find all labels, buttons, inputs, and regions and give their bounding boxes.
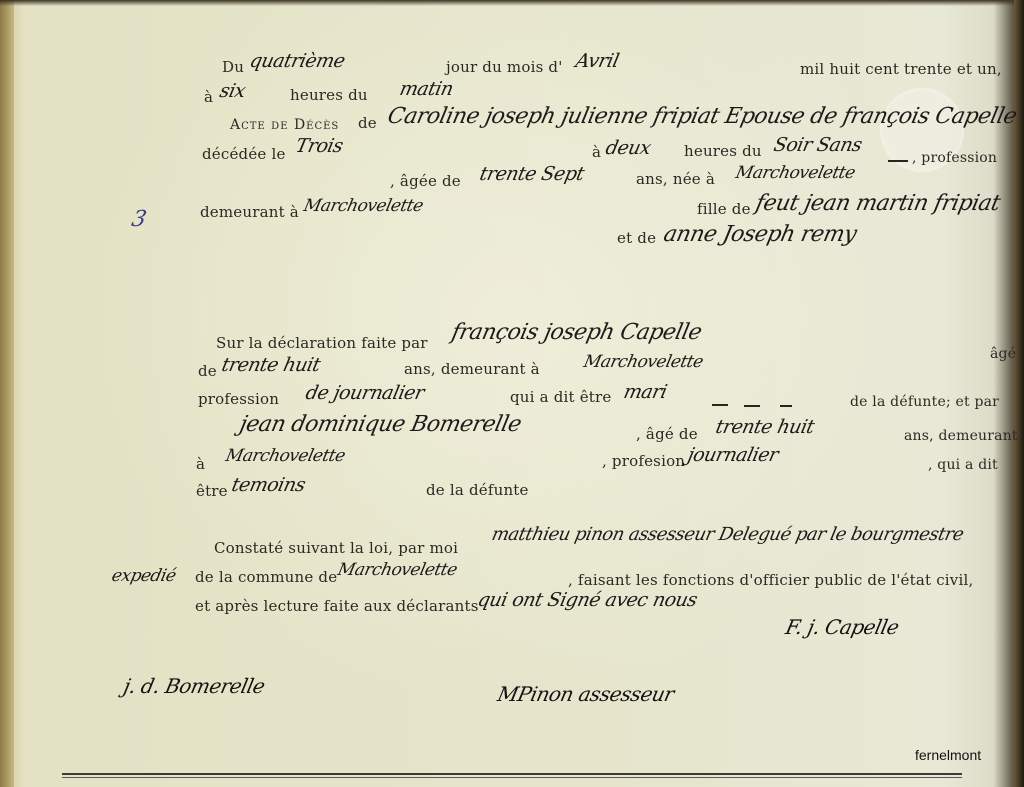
- section-divider-rule: [62, 773, 962, 775]
- printed-decedee: décédée le: [202, 145, 286, 163]
- printed-demeurant: demeurant à: [200, 203, 299, 221]
- printed-fille: fille de: [697, 200, 751, 218]
- printed-faisant-fonctions: , faisant les fonctions d'officier publi…: [568, 571, 973, 589]
- printed-etre: être: [196, 482, 228, 500]
- signature-officer: MPinon assesseur: [495, 682, 676, 706]
- printed-de-la-defunte-2: de la défunte: [426, 481, 529, 499]
- printed-de-la-commune: de la commune de: [195, 568, 337, 586]
- printed-constate: Constaté suivant la loi, par moi: [214, 539, 458, 557]
- handwritten-father: feut jean martin fripiat: [753, 191, 1002, 216]
- handwritten-signed-with-us: qui ont Signé avec nous: [476, 589, 699, 611]
- handwritten-age: trente Sept: [478, 163, 586, 185]
- handwritten-declarant: françois joseph Capelle: [449, 320, 703, 345]
- handwritten-officer: matthieu pinon assesseur Delegué par le …: [490, 524, 966, 545]
- printed-title: Acte de Décès: [230, 117, 339, 133]
- signature-declarant: F. j. Capelle: [783, 615, 900, 639]
- printed-qui-a-dit: qui a dit être: [510, 388, 612, 406]
- margin-number: 3: [129, 207, 148, 232]
- printed-age-de: , âgé de: [636, 425, 698, 443]
- book-binding: [0, 0, 14, 787]
- handwritten-witness-relation: temoins: [230, 474, 308, 496]
- handwritten-declarant-profession: de journalier: [304, 382, 426, 404]
- printed-agee: , âgée de: [390, 172, 461, 190]
- printed-ans-demeurant-2: ans, demeurant: [904, 428, 1018, 444]
- handwritten-deceased-name: Caroline joseph julienne fripiat Epouse …: [385, 104, 1019, 129]
- handwritten-witness-profession: journalier: [686, 444, 780, 466]
- handwritten-dash: [780, 405, 792, 407]
- handwritten-margin-expedie: expedié: [110, 566, 178, 586]
- handwritten-declarant-residence: Marchovelette: [582, 352, 705, 372]
- handwritten-witness-age: trente huit: [714, 416, 816, 438]
- handwritten-day: quatrième: [248, 50, 347, 72]
- watermark-label: fernelmont: [915, 747, 981, 763]
- register-page: Du quatrième jour du mois d' Avril mil h…: [0, 0, 1024, 787]
- handwritten-relation: mari: [622, 381, 669, 403]
- handwritten-witness: jean dominique Bomerelle: [237, 412, 523, 437]
- handwritten-period: matin: [398, 78, 455, 100]
- page-top-edge: [0, 0, 1024, 6]
- printed-profesion: , profesion: [602, 452, 685, 470]
- handwritten-mother: anne Joseph remy: [661, 222, 858, 247]
- printed-year: mil huit cent trente et un,: [800, 60, 1002, 78]
- handwritten-commune: Marchovelette: [336, 560, 459, 580]
- handwritten-dash: [744, 405, 760, 407]
- handwritten-birthplace: Marchovelette: [734, 163, 857, 183]
- handwritten-witness-residence: Marchovelette: [224, 446, 347, 466]
- printed-profession: , profession: [912, 150, 997, 166]
- section-divider-rule-thin: [62, 777, 962, 778]
- printed-heures: heures du: [290, 86, 368, 104]
- printed-apres-lecture: et après lecture faite aux déclarants: [195, 597, 479, 615]
- handwritten-death-period: Soir Sans: [772, 134, 864, 156]
- printed-du: Du: [222, 58, 244, 76]
- printed-de-age: de: [198, 362, 217, 380]
- printed-sur-la-declaration: Sur la déclaration faite par: [216, 334, 428, 352]
- handwritten-hour: six: [218, 80, 248, 102]
- handwritten-death-date: Trois: [294, 135, 345, 157]
- handwritten-residence: Marchovelette: [302, 196, 425, 216]
- signature-witness: j. d. Bomerelle: [121, 674, 267, 698]
- printed-nee: ans, née à: [636, 170, 715, 188]
- handwritten-death-hour: deux: [604, 137, 653, 159]
- printed-heures-du: heures du: [684, 142, 762, 160]
- printed-et-de: et de: [617, 229, 656, 247]
- printed-a-hour: à: [592, 143, 601, 161]
- printed-a: à: [204, 88, 213, 106]
- printed-age-right: âgé: [990, 346, 1016, 362]
- handwritten-dash: [712, 404, 728, 406]
- printed-a-2: à: [196, 455, 205, 473]
- printed-jour: jour du mois d': [446, 58, 563, 76]
- printed-qui-a-dit-2: , qui a dit: [928, 457, 998, 473]
- printed-de-la-defunte: de la défunte; et par: [850, 394, 999, 410]
- printed-de: de: [358, 114, 377, 132]
- handwritten-dash: [888, 160, 908, 162]
- handwritten-declarant-age: trente huit: [220, 354, 322, 376]
- printed-profession-declarant: profession: [198, 390, 279, 408]
- printed-ans-demeurant: ans, demeurant à: [404, 360, 540, 378]
- handwritten-month: Avril: [574, 50, 621, 72]
